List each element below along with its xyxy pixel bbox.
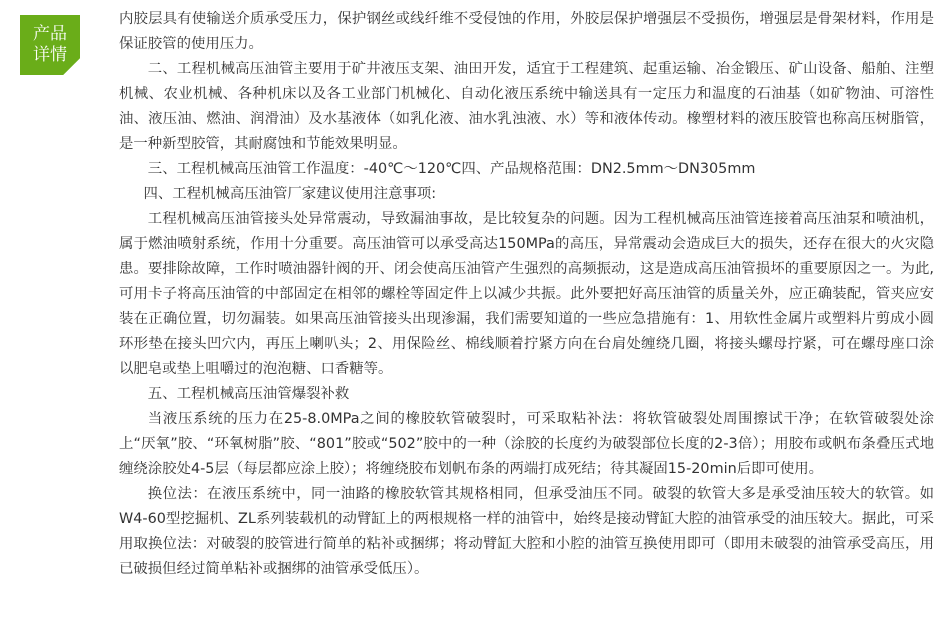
paragraph-swap-method: 换位法：在液压系统中，同一油路的橡胶软管其规格相同，但承受油压不同。破裂的软管大…	[119, 482, 934, 582]
product-details-badge: 产品 详情	[20, 15, 80, 75]
badge-line-1: 产品	[33, 24, 67, 45]
paragraph-usage-notes-heading: 四、工程机械高压油管厂家建议使用注意事项:	[119, 182, 934, 207]
paragraph-usage-notes: 工程机械高压油管接头处异常震动，导致漏油事故，是比较复杂的问题。因为工程机械高压…	[119, 207, 934, 382]
paragraph-patch-method: 当液压系统的压力在25-8.0MPa之间的橡胶软管破裂时，可采取粘补法：将软管破…	[119, 407, 934, 482]
badge-line-2: 详情	[33, 45, 67, 66]
paragraph-applications: 二、工程机械高压油管主要用于矿井液压支架、油田开发，适宜于工程建筑、起重运输、冶…	[119, 57, 934, 157]
paragraph-burst-repair-heading: 五、工程机械高压油管爆裂补救	[119, 382, 934, 407]
paragraph-temperature-specs: 三、工程机械高压油管工作温度：-40℃～120℃四、产品规格范围：DN2.5mm…	[119, 157, 934, 182]
paragraph-intro: 内胶层具有使输送介质承受压力，保护钢丝或线纤维不受侵蚀的作用，外胶层保护增强层不…	[119, 7, 934, 57]
product-description: 内胶层具有使输送介质承受压力，保护钢丝或线纤维不受侵蚀的作用，外胶层保护增强层不…	[119, 7, 934, 582]
